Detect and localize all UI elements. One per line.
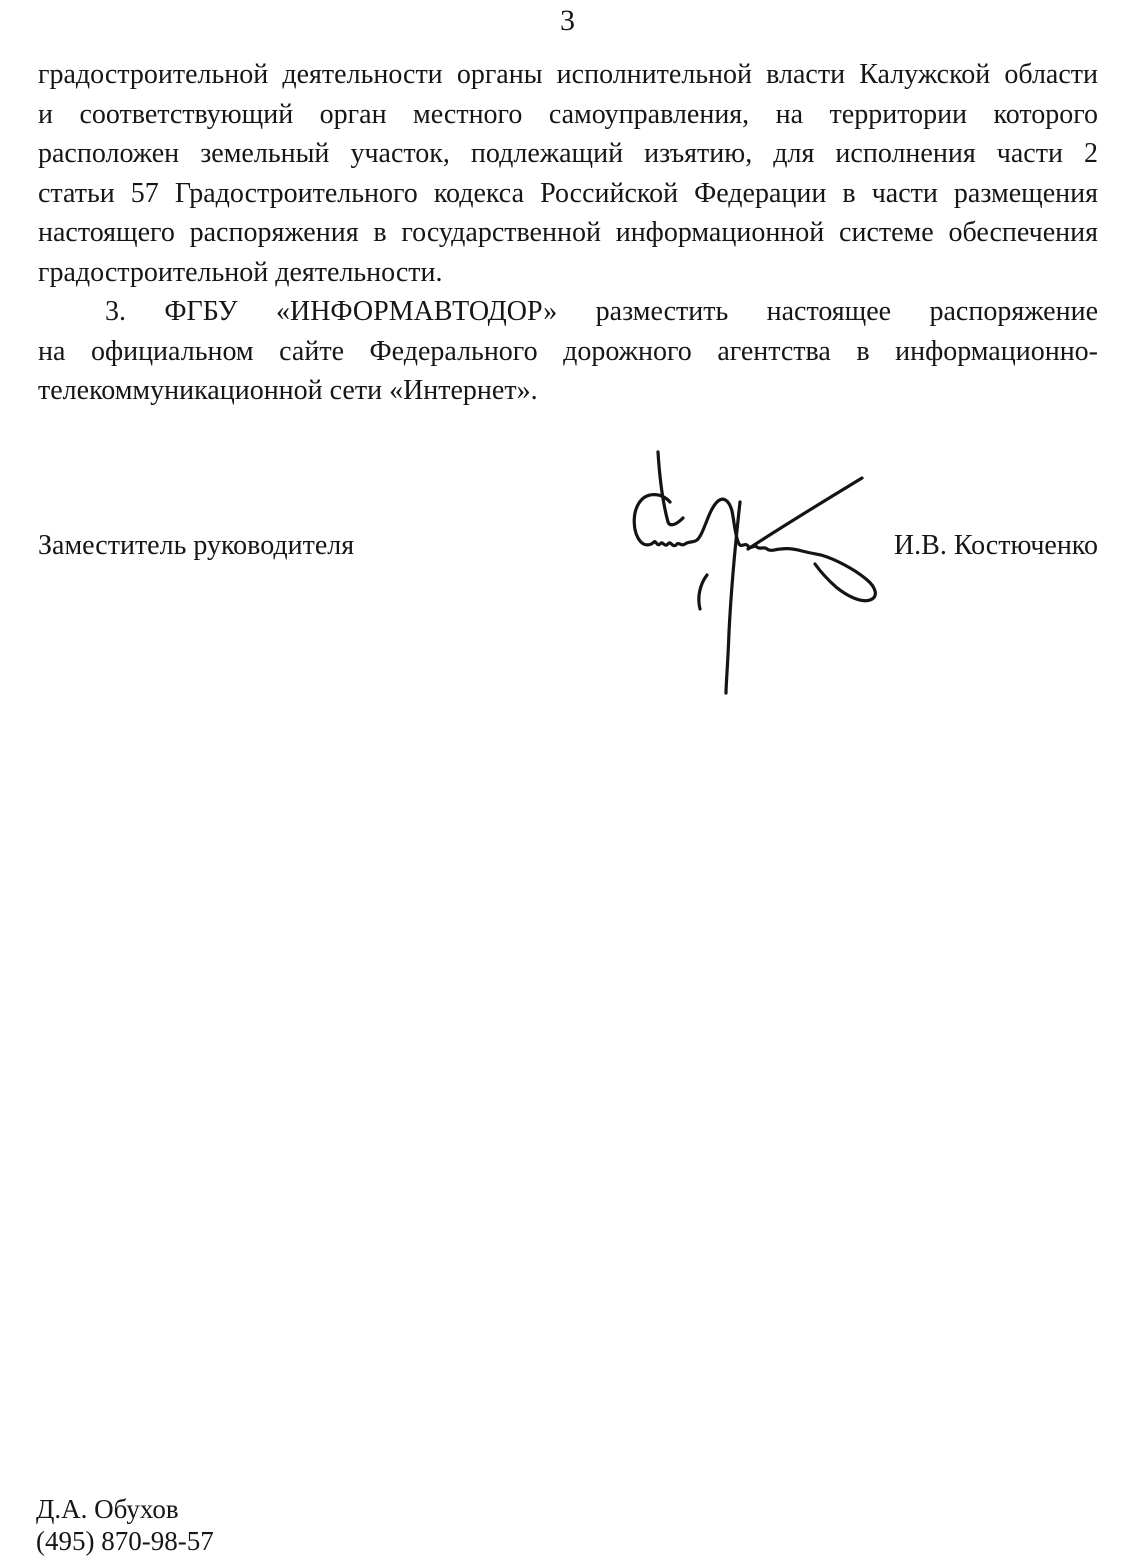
text-line: градостроительной деятельности органы ис…	[38, 55, 1098, 95]
contact-name: Д.А. Обухов	[36, 1494, 214, 1526]
text-line: на официальном сайте Федерального дорожн…	[38, 332, 1098, 372]
text-line: расположен земельный участок, подлежащий…	[38, 134, 1098, 174]
signature-block: Заместитель руководителя И.В. Костюченко	[38, 526, 1098, 566]
text-line: настоящего распоряжения в государственно…	[38, 213, 1098, 253]
page-number: 3	[0, 4, 1135, 38]
text-line: статьи 57 Градостроительного кодекса Рос…	[38, 174, 1098, 214]
document-page: 3 градостроительной деятельности органы …	[0, 0, 1135, 1564]
text-line: телекоммуникационной сети «Интернет».	[38, 371, 1098, 411]
text-line: и соответствующий орган местного самоупр…	[38, 95, 1098, 135]
text-line: 3. ФГБУ «ИНФОРМАВТОДОР» разместить насто…	[38, 292, 1098, 332]
document-body: градостроительной деятельности органы ис…	[38, 55, 1098, 411]
contact-footer: Д.А. Обухов (495) 870-98-57	[36, 1494, 214, 1557]
handwritten-signature-icon	[600, 440, 920, 720]
text-line: градостроительной деятельности.	[38, 253, 1098, 293]
signer-position-title: Заместитель руководителя	[38, 526, 354, 566]
contact-phone: (495) 870-98-57	[36, 1526, 214, 1558]
signer-name: И.В. Костюченко	[894, 526, 1098, 566]
